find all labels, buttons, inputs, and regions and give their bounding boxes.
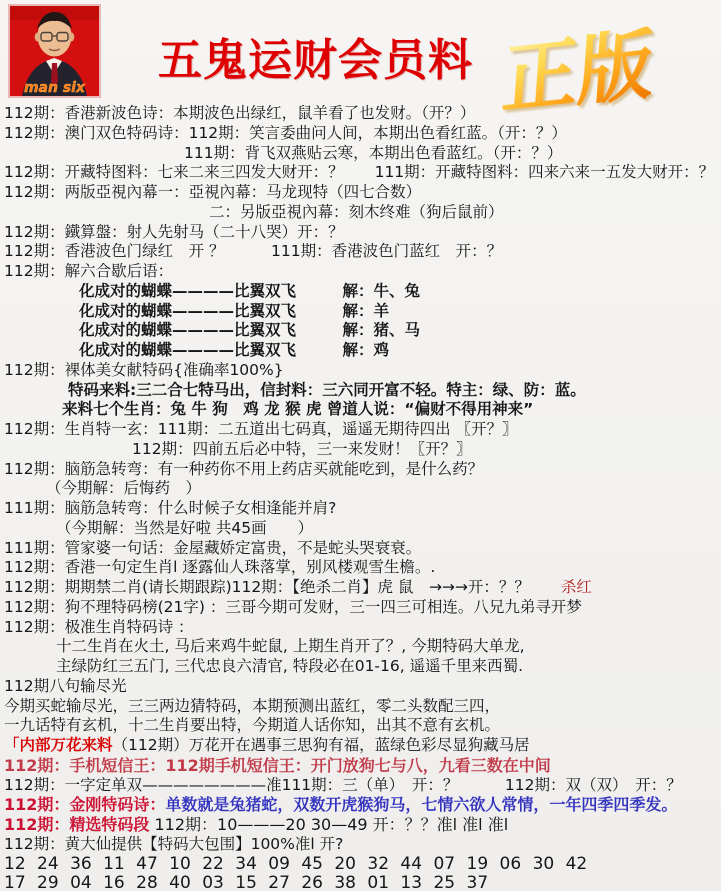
content-line: 112期：鐵算盤：射人先射马（二十八哭）开：？ xyxy=(4,223,719,243)
text-segment: （今期解：后悔药 ） xyxy=(46,479,201,497)
content-line: 112期：金刚特码诗：单数就是兔猪蛇，双数开虎猴狗马，七情六欲人常情，一年四季四… xyxy=(4,795,719,815)
text-segment: 112期：10———20 30—49 开：？？准l 准l 准l xyxy=(149,815,508,834)
content-line: 112期：香港新波色诗：本期波色出绿红，鼠羊看了也发财。（开？） xyxy=(4,104,719,124)
content-line: 一九话特有玄机，十二生肖要出特，今期道人话你知，出其不意有玄机。 xyxy=(4,716,719,736)
text-segment: 112期：一字定单双————————准111期：三（单） 开：？ 112期：双（… xyxy=(4,776,682,794)
text-segment: 「内部万花来料 xyxy=(4,736,113,754)
text-segment: 112期：解六合歇后语： xyxy=(4,262,173,280)
text-segment: 112期：四前五后必中特，三一来发财！〖开？〗 xyxy=(132,440,472,458)
content-line: 「内部万花来料（112期）万花开在遇事三思狗有福，蓝绿色彩尽显狗藏马居 xyxy=(4,736,719,756)
content-line: 112期：四前五后必中特，三一来发财！〖开？〗 xyxy=(4,440,719,460)
content-line: 112期八句输尽光 xyxy=(4,677,719,697)
content-line: 111期：脑筋急转弯：什么时候子女相逢能并肩? xyxy=(4,499,719,519)
content-line: 112期：手机短信王：112期手机短信王：开门放狗七与八，九看三数在中间 xyxy=(4,756,719,776)
content-line: 112期：狗不理特码榜(21字) ：三哥今期可发财，三一四三可相连。八兄九弟寻开… xyxy=(4,598,719,618)
text-segment: 112期：生肖特一玄：111期：二五道出七码真，遥遥无期待四出 〖开？〗 xyxy=(4,420,518,438)
text-segment: 来料七个生肖：兔 牛 狗 鸡 龙 猴 虎 曾道人说：“偏财不得用神来” xyxy=(62,400,533,418)
text-segment: 112期：极准生肖特码诗 ： xyxy=(4,618,194,636)
content-lines: 112期：香港新波色诗：本期波色出绿红，鼠羊看了也发财。（开？）112期：澳门双… xyxy=(4,104,719,891)
content-line: 112期：黄大仙提供【特码大包围】100%准l 开? xyxy=(4,835,719,855)
content-line: （今期解：当然是好啦 共45画 ） xyxy=(4,519,719,539)
text-segment: 112期：金刚特码诗： xyxy=(4,795,165,814)
text-segment: 化成对的蝴蝶————比翼双飞 解：牛、兔 xyxy=(79,282,420,300)
text-segment: 化成对的蝴蝶————比翼双飞 解：羊 xyxy=(79,302,389,320)
content-line: 二：另版亞視內幕：刻木终难（狗后鼠前） xyxy=(4,203,719,223)
content-line: 来料七个生肖：兔 牛 狗 鸡 龙 猴 虎 曾道人说：“偏财不得用神来” xyxy=(4,400,719,420)
text-segment: 112期：精选特码段 xyxy=(4,815,149,834)
content-line: 17 29 04 16 28 40 03 15 27 26 38 01 13 2… xyxy=(4,874,719,891)
content-line: 111期：管家婆一句话：金屋藏娇定富贵，不是蛇头哭衰衰。 xyxy=(4,539,719,559)
text-segment: 112期八句输尽光 xyxy=(4,677,127,695)
text-segment: 111期：脑筋急转弯：什么时候子女相逢能并肩? xyxy=(4,499,336,517)
content-line: 12 24 36 11 47 10 22 34 09 45 20 32 44 0… xyxy=(4,855,719,875)
content-line: 112期：裸体美女献特码{准确率100%} xyxy=(4,361,719,381)
text-segment: 17 29 04 16 28 40 03 15 27 26 38 01 13 2… xyxy=(4,873,488,891)
content-line: 112期：生肖特一玄：111期：二五道出七码真，遥遥无期待四出 〖开？〗 xyxy=(4,420,719,440)
text-segment: 单数就是兔猪蛇，双数开虎猴狗马，七情六欲人常情，一年四季四季发。 xyxy=(165,795,677,814)
content-line: 主绿防红三五门, 三代忠良六清官, 特段必在01-16, 遥遥千里来西蜀. xyxy=(4,657,719,677)
text-segment: 112期：开藏特图料：七来二来三四发大财开：？ 111期：开藏特图料：四来六来一… xyxy=(4,163,714,181)
text-segment: 112期：香港波色门绿红 开 ？ 111期：香港波色门蓝红 开：？ xyxy=(4,242,502,260)
member-photo: man six xyxy=(8,4,101,98)
text-segment: 112期：两版亞視內幕一：亞視內幕：马龙现特（四七合数） xyxy=(4,183,421,201)
tip-sheet-page: man six 五鬼运财会员料 正版 112期：香港新波色诗：本期波色出绿红，鼠… xyxy=(0,0,721,891)
content-line: 112期：极准生肖特码诗 ： xyxy=(4,618,719,638)
text-segment: 化成对的蝴蝶————比翼双飞 解：鸡 xyxy=(79,341,389,359)
photo-watermark: man six xyxy=(24,80,86,96)
content-line: 112期：开藏特图料：七来二来三四发大财开：？ 111期：开藏特图料：四来六来一… xyxy=(4,163,719,183)
content-line: 112期：澳门双色特码诗：112期：笑言委曲问人间，本期出色看红蓝。（开：？） xyxy=(4,124,719,144)
text-segment: 112期：裸体美女献特码{准确率100%} xyxy=(4,361,284,379)
text-segment: 112期：香港一句定生肖l 逐露仙人珠落掌，别风楼观雪生檐。. xyxy=(4,558,435,576)
text-segment: 111期：管家婆一句话：金屋藏娇定富贵，不是蛇头哭衰衰。 xyxy=(4,539,421,557)
text-segment: 112期：澳门双色特码诗：112期：笑言委曲问人间，本期出色看红蓝。（开：？） xyxy=(4,124,567,142)
page-title: 五鬼运财会员料 xyxy=(158,24,518,88)
text-segment: 化成对的蝴蝶————比翼双飞 解：猪、马 xyxy=(79,321,420,339)
content-line: 112期：香港波色门绿红 开 ？ 111期：香港波色门蓝红 开：？ xyxy=(4,242,719,262)
text-segment: 十二生肖在火土, 马后来鸡牛蛇鼠, 上期生肖开了？, 今期特码大单龙, xyxy=(56,637,525,655)
text-segment: 杀红 xyxy=(530,578,592,596)
text-segment: 111期：背飞双燕贴云寒，本期出色看蓝红。（开：？） xyxy=(184,144,562,162)
content-line: 化成对的蝴蝶————比翼双飞 解：羊 xyxy=(4,302,719,322)
text-segment: （112期）万花开在遇事三思狗有福，蓝绿色彩尽显狗藏马居 xyxy=(113,736,530,754)
text-segment: （今期解：当然是好啦 共45画 ） xyxy=(56,519,313,537)
content-line: 112期：解六合歇后语： xyxy=(4,262,719,282)
text-segment: 特码来料:三二合七特马出，信封料：三六同开富不轻。特主：绿、防：蓝。 xyxy=(68,381,586,399)
content-line: 112期：脑筋急转弯：有一种药你不用上药店买就能吃到，是什么药？ xyxy=(4,460,719,480)
text-segment: 112期：手机短信王：112期手机短信王：开门放狗七与八，九看三数在中间 xyxy=(4,756,551,775)
content-line: 化成对的蝴蝶————比翼双飞 解：鸡 xyxy=(4,341,719,361)
portrait-illustration: man six xyxy=(10,6,99,96)
text-segment: 12 24 36 11 47 10 22 34 09 45 20 32 44 0… xyxy=(4,854,587,874)
text-segment: 112期：黄大仙提供【特码大包围】100%准l 开? xyxy=(4,835,343,853)
text-segment: 今期买蛇输尽光，三三两边猜特码，本期预测出蓝红，零二头数配三四， xyxy=(4,697,500,715)
content-line: 112期：两版亞視內幕一：亞視內幕：马龙现特（四七合数） xyxy=(4,183,719,203)
content-line: 112期：香港一句定生肖l 逐露仙人珠落掌，别风楼观雪生檐。. xyxy=(4,558,719,578)
text-segment: 112期：香港新波色诗：本期波色出绿红，鼠羊看了也发财。（开？） xyxy=(4,104,475,122)
content-line: 特码来料:三二合七特马出，信封料：三六同开富不轻。特主：绿、防：蓝。 xyxy=(4,381,719,401)
content-line: 化成对的蝴蝶————比翼双飞 解：牛、兔 xyxy=(4,282,719,302)
content-line: 十二生肖在火土, 马后来鸡牛蛇鼠, 上期生肖开了？, 今期特码大单龙, xyxy=(4,637,719,657)
content-line: 今期买蛇输尽光，三三两边猜特码，本期预测出蓝红，零二头数配三四， xyxy=(4,697,719,717)
content-line: 化成对的蝴蝶————比翼双飞 解：猪、马 xyxy=(4,321,719,341)
text-segment: 二：另版亞視內幕：刻木终难（狗后鼠前） xyxy=(209,203,504,221)
content-line: 112期：期期禁二肖(请长期跟踪)112期：【绝杀二肖】虎 鼠 →→→开：？？ … xyxy=(4,578,719,598)
content-line: （今期解：后悔药 ） xyxy=(4,479,719,499)
text-segment: 112期：脑筋急转弯：有一种药你不用上药店买就能吃到，是什么药？ xyxy=(4,460,483,478)
content-line: 111期：背飞双燕贴云寒，本期出色看蓝红。（开：？） xyxy=(4,144,719,164)
text-segment: 112期：狗不理特码榜(21字) ：三哥今期可发财，三一四三可相连。八兄九弟寻开… xyxy=(4,598,582,616)
text-segment: 一九话特有玄机，十二生肖要出特，今期道人话你知，出其不意有玄机。 xyxy=(4,716,500,734)
text-segment: 112期：期期禁二肖(请长期跟踪)112期：【绝杀二肖】虎 鼠 →→→开：？？ xyxy=(4,578,530,596)
content-line: 112期：精选特码段 112期：10———20 30—49 开：？？准l 准l … xyxy=(4,815,719,835)
content-line: 112期：一字定单双————————准111期：三（单） 开：？ 112期：双（… xyxy=(4,776,719,796)
text-segment: 112期：鐵算盤：射人先射马（二十八哭）开：？ xyxy=(4,223,344,241)
text-segment: 主绿防红三五门, 三代忠良六清官, 特段必在01-16, 遥遥千里来西蜀. xyxy=(56,657,523,675)
